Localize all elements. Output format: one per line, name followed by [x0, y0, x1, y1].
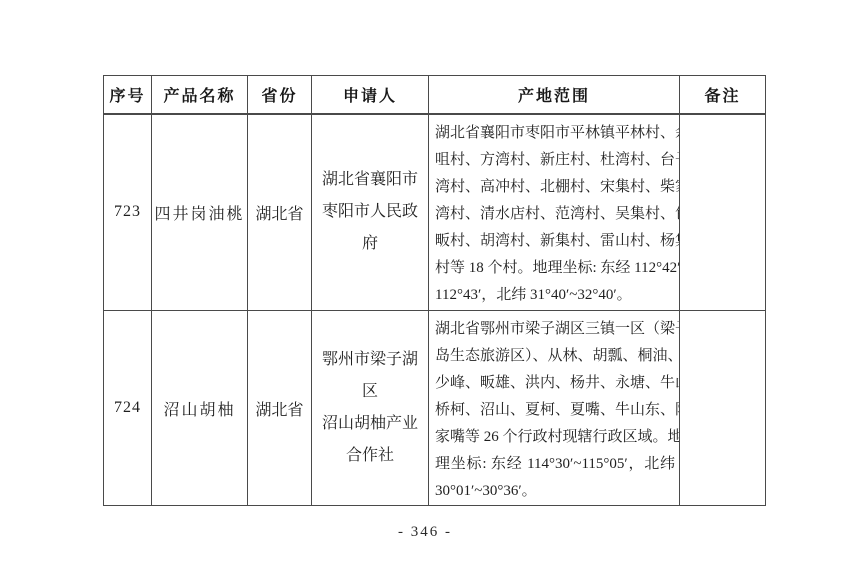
- cell-province: 湖北省: [248, 114, 312, 311]
- col-header-scope: 产地范围: [429, 76, 680, 114]
- col-header-seq: 序号: [104, 76, 152, 114]
- table-row-724: 724 沼山胡柚 湖北省 鄂州市梁子湖区沼山胡柚产业合作社 湖北省鄂州市梁子湖区…: [104, 311, 766, 506]
- applicant-text: 湖北省襄阳市枣阳市人民政府: [316, 164, 424, 260]
- text-line: 湾村、高冲村、北棚村、宋集村、柴家: [435, 174, 675, 201]
- cell-remark: [680, 311, 766, 506]
- cell-scope: 湖北省襄阳市枣阳市平林镇平林村、余咀村、方湾村、新庄村、杜湾村、台子湾村、高冲村…: [429, 114, 680, 311]
- text-line: 湖北省鄂州市梁子湖区三镇一区（梁子: [435, 316, 675, 343]
- page-number: - 346 -: [0, 524, 850, 541]
- text-line: 湖北省襄阳市枣阳市平林镇平林村、余: [435, 120, 675, 147]
- scope-text: 湖北省鄂州市梁子湖区三镇一区（梁子岛生态旅游区）、从林、胡瓢、桐油、少峰、畈雄、…: [435, 316, 675, 505]
- col-header-remark: 备注: [680, 76, 766, 114]
- text-line: 枣阳市人民政府: [316, 196, 424, 260]
- gi-products-table: 序号 产品名称 省份 申请人 产地范围 备注 723 四井岗油桃 湖北省 湖北省…: [103, 75, 766, 506]
- text-line: 咀村、方湾村、新庄村、杜湾村、台子: [435, 147, 675, 174]
- cell-remark: [680, 114, 766, 311]
- cell-seq: 724: [104, 311, 152, 506]
- text-line: 30°01′~30°36′。: [435, 478, 675, 505]
- text-line: 村等 18 个村。地理坐标: 东经 112°42′~: [435, 255, 675, 282]
- cell-seq: 723: [104, 114, 152, 311]
- table-header-row: 序号 产品名称 省份 申请人 产地范围 备注: [104, 76, 766, 114]
- document-page: 序号 产品名称 省份 申请人 产地范围 备注 723 四井岗油桃 湖北省 湖北省…: [0, 0, 850, 584]
- text-line: 湾村、清水店村、范湾村、吴集村、包: [435, 201, 675, 228]
- cell-product: 四井岗油桃: [152, 114, 248, 311]
- cell-scope: 湖北省鄂州市梁子湖区三镇一区（梁子岛生态旅游区）、从林、胡瓢、桐油、少峰、畈雄、…: [429, 311, 680, 506]
- col-header-province: 省份: [248, 76, 312, 114]
- text-line: 沼山胡柚产业: [316, 408, 424, 440]
- table-row-723: 723 四井岗油桃 湖北省 湖北省襄阳市枣阳市人民政府 湖北省襄阳市枣阳市平林镇…: [104, 114, 766, 311]
- scope-text: 湖北省襄阳市枣阳市平林镇平林村、余咀村、方湾村、新庄村、杜湾村、台子湾村、高冲村…: [435, 120, 675, 309]
- text-line: 岛生态旅游区）、从林、胡瓢、桐油、: [435, 343, 675, 370]
- text-line: 鄂州市梁子湖区: [316, 344, 424, 408]
- applicant-text: 鄂州市梁子湖区沼山胡柚产业合作社: [316, 344, 424, 472]
- text-line: 湖北省襄阳市: [316, 164, 424, 196]
- text-line: 理坐标: 东经 114°30′~115°05′，北纬: [435, 451, 675, 478]
- cell-applicant: 鄂州市梁子湖区沼山胡柚产业合作社: [312, 311, 429, 506]
- text-line: 少峰、畈雄、洪内、杨井、永塘、牛山、: [435, 370, 675, 397]
- text-line: 112°43′，北纬 31°40′~32°40′。: [435, 282, 675, 309]
- text-line: 畈村、胡湾村、新集村、雷山村、杨集: [435, 228, 675, 255]
- text-line: 桥柯、沼山、夏柯、夏嘴、牛山东、陈: [435, 397, 675, 424]
- col-header-product: 产品名称: [152, 76, 248, 114]
- text-line: 合作社: [316, 440, 424, 472]
- cell-product: 沼山胡柚: [152, 311, 248, 506]
- col-header-applicant: 申请人: [312, 76, 429, 114]
- cell-applicant: 湖北省襄阳市枣阳市人民政府: [312, 114, 429, 311]
- text-line: 家嘴等 26 个行政村现辖行政区域。地: [435, 424, 675, 451]
- cell-province: 湖北省: [248, 311, 312, 506]
